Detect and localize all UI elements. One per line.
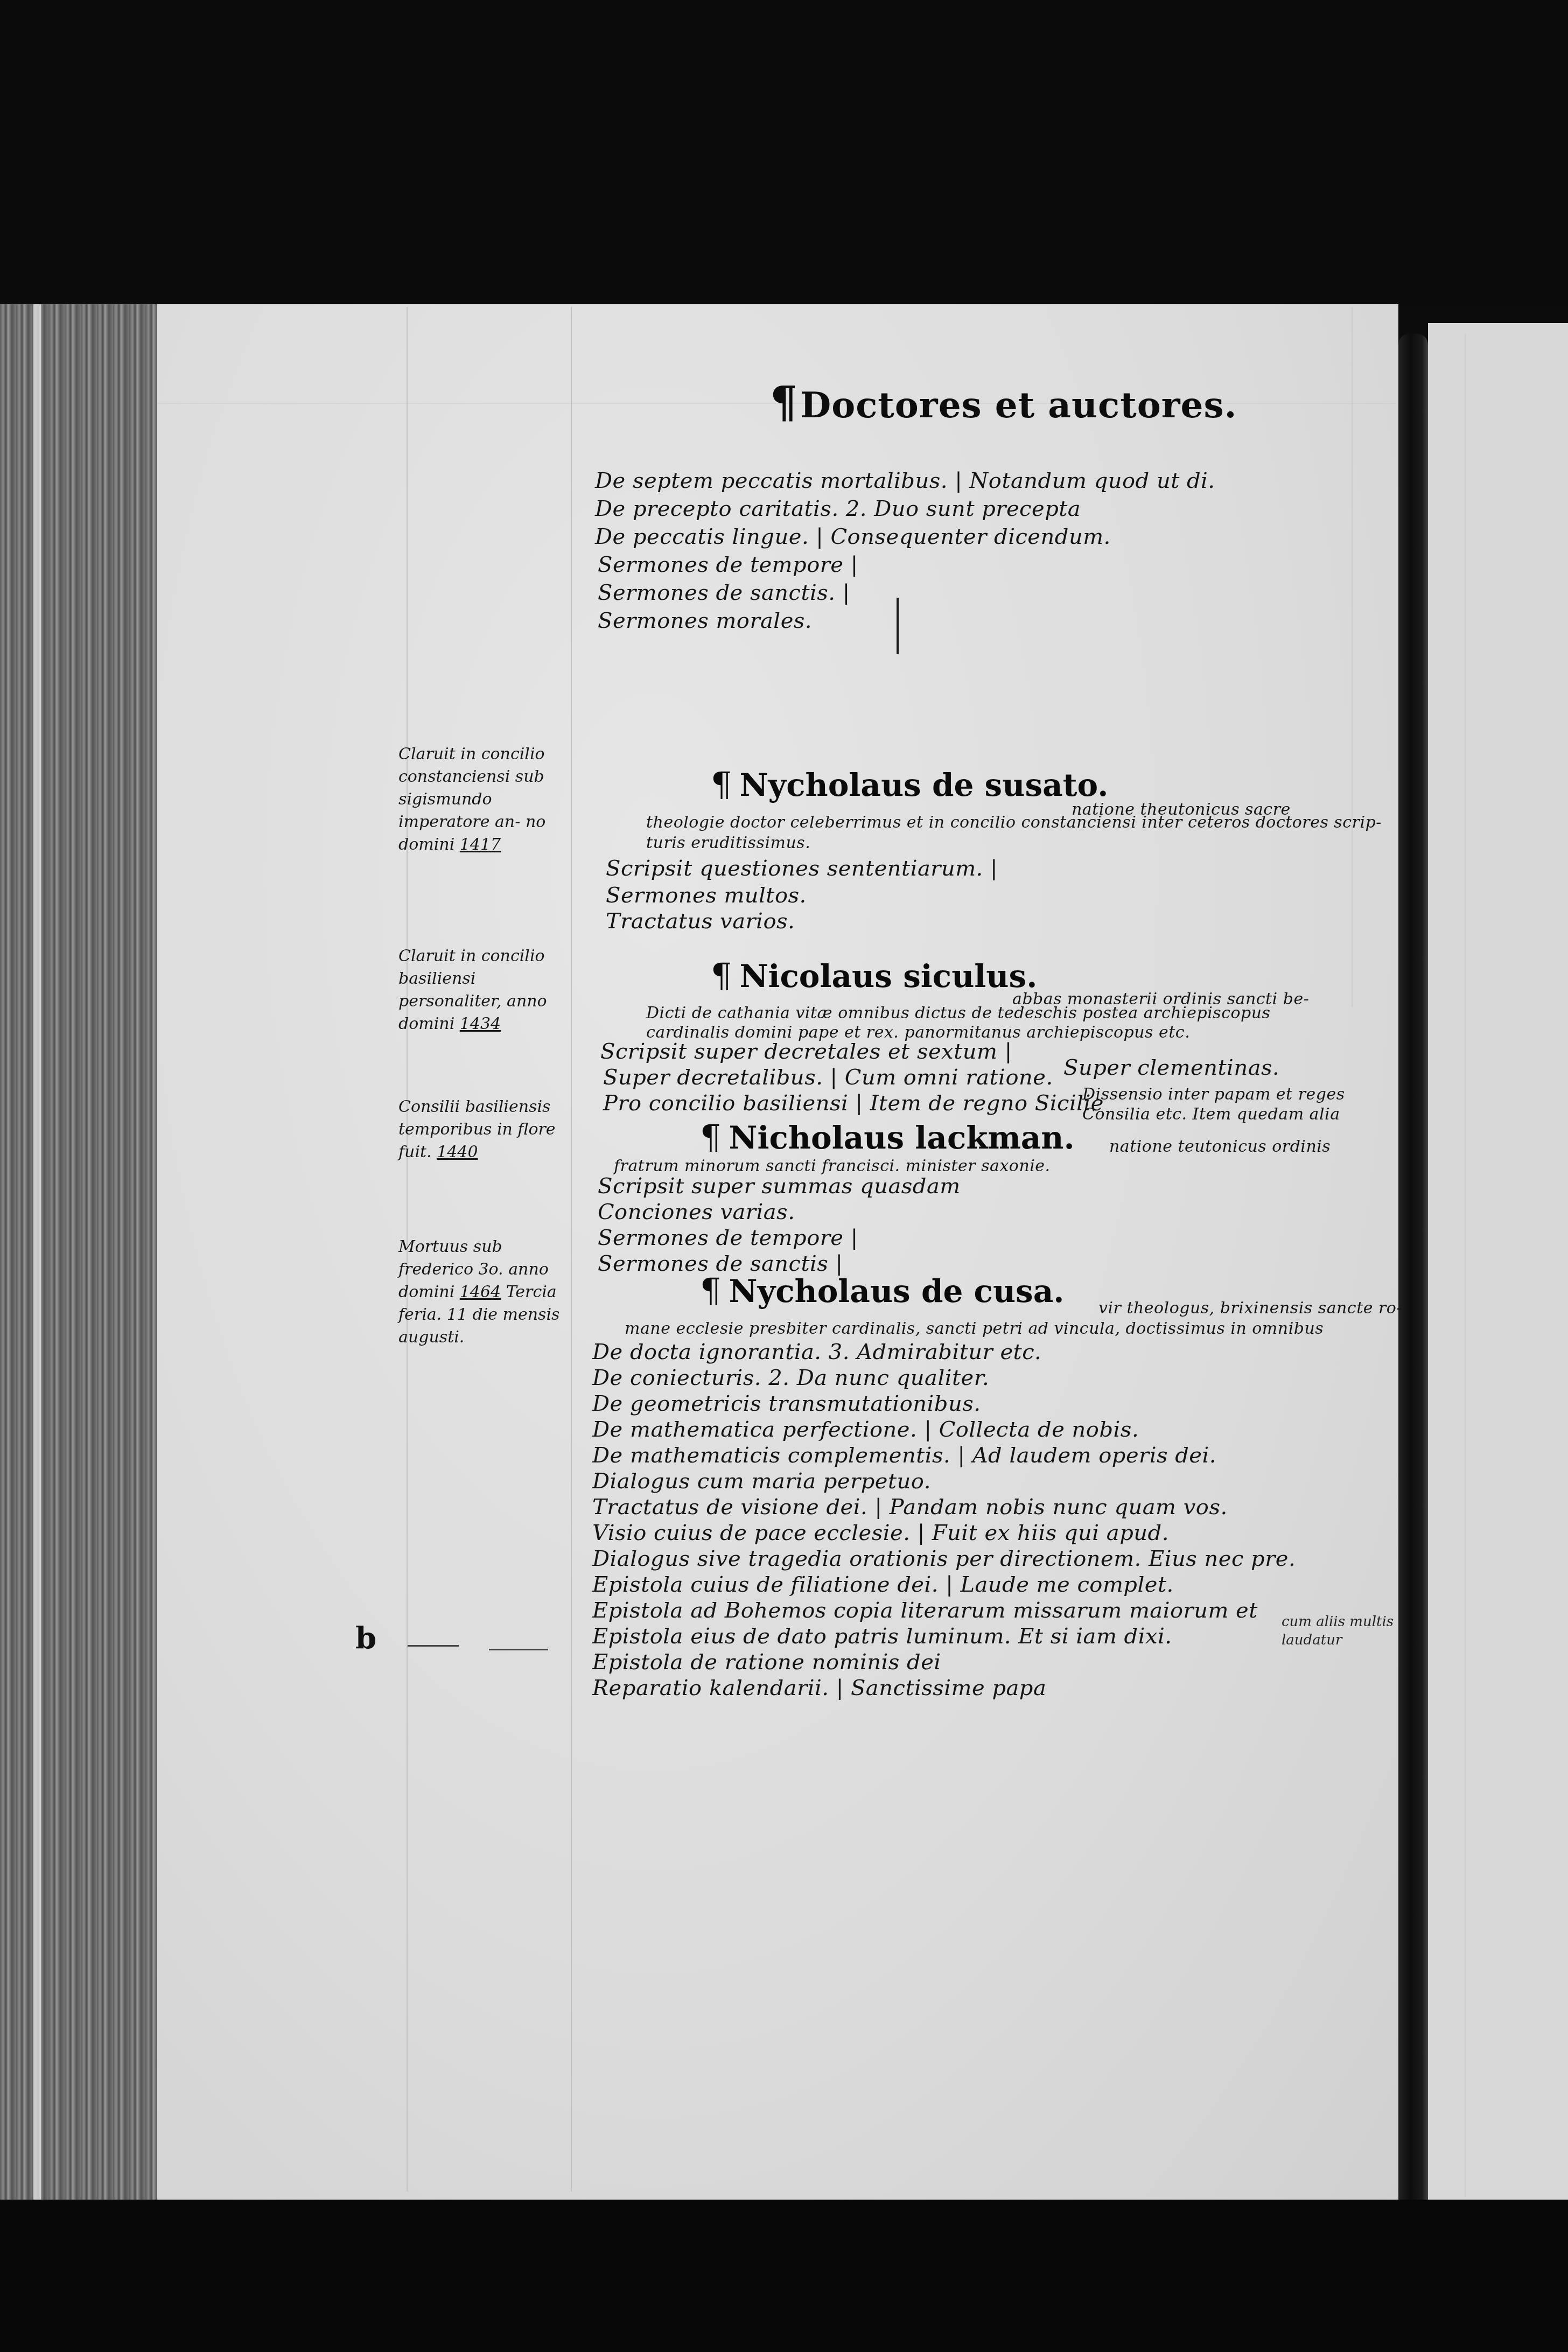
work-line: Epistola de ratione nominis dei	[592, 1650, 941, 1675]
work-line: Pro concilio basiliensi | Item de regno …	[603, 1091, 1104, 1116]
margin-note: Consilii basiliensis temporibus in flore…	[398, 1096, 576, 1164]
work-line: Epistola ad Bohemos copia literarum miss…	[592, 1598, 1258, 1623]
right-margin-note: cum aliis multis laudatur	[1282, 1613, 1394, 1649]
author-description: turis eruditissimus.	[646, 834, 810, 852]
margin-note-year: 1464	[460, 1283, 501, 1301]
right-margin-note-text: cum aliis multis	[1282, 1613, 1394, 1631]
work-line: Reparatio kalendarii. | Sanctissime papa	[592, 1676, 1046, 1700]
bracket-stroke	[897, 598, 899, 654]
book-page-edges	[0, 304, 157, 2200]
author-description: fratrum minorum sancti francisci. minist…	[614, 1157, 1051, 1175]
margin-dash	[408, 1645, 459, 1647]
margin-note-year: 1434	[460, 1014, 501, 1033]
work-line: De mathematicis complementis. | Ad laude…	[592, 1443, 1216, 1468]
paragraph-mark-icon: ¶	[700, 1271, 721, 1310]
work-line: Visio cuius de pace ecclesie. | Fuit ex …	[592, 1521, 1169, 1545]
work-line: Sermones multos.	[606, 883, 807, 908]
work-line: Consilia etc. Item quedam alia	[1082, 1105, 1340, 1124]
entry-line: De peccatis lingue. | Consequenter dicen…	[595, 524, 1111, 549]
margin-letter: b	[355, 1621, 376, 1656]
paragraph-mark-icon: ¶	[711, 765, 732, 804]
margin-note-text: Claruit in concilio constanciensi sub si…	[398, 745, 545, 831]
work-line: De mathematica perfectione. | Collecta d…	[592, 1417, 1139, 1442]
author-description: theologie doctor celeberrimus et in conc…	[646, 813, 1382, 832]
author-name: ¶Nicholaus lackman.	[700, 1117, 1075, 1157]
margin-note-year: 1440	[437, 1143, 478, 1161]
author-description: vir theologus, brixinensis sancte ro-	[1098, 1299, 1402, 1318]
work-line: Scripsit questiones sententiarum. |	[606, 856, 998, 881]
work-line: Dissensio inter papam et reges	[1082, 1085, 1345, 1104]
page-heading: ¶Doctores et auctores.	[770, 377, 1237, 428]
margin-dash	[489, 1649, 548, 1650]
entry-line: De precepto caritatis. 2. Duo sunt prece…	[595, 496, 1081, 521]
work-line: Super clementinas.	[1063, 1055, 1279, 1080]
paragraph-mark-icon: ¶	[700, 1117, 721, 1157]
work-line: Tractatus de visione dei. | Pandam nobis…	[592, 1495, 1228, 1520]
entry-line: Sermones de sanctis. |	[598, 580, 850, 605]
work-line: De coniecturis. 2. Da nunc qualiter.	[592, 1366, 989, 1390]
right-margin-note-text: laudatur	[1282, 1631, 1394, 1649]
page-edge-highlight	[33, 304, 41, 2200]
paragraph-mark-icon: ¶	[770, 377, 798, 428]
work-line: Scripsit super summas quasdam	[598, 1174, 961, 1199]
work-line: Epistola cuius de filiatione dei. | Laud…	[592, 1572, 1174, 1597]
author-name: ¶Nycholaus de cusa.	[700, 1271, 1065, 1310]
author-name-text: Nycholaus de susato.	[739, 767, 1108, 803]
top-dark-band	[0, 0, 1568, 307]
work-line: Tractatus varios.	[606, 909, 795, 934]
work-line: Super decretalibus. | Cum omni ratione.	[603, 1065, 1053, 1090]
work-line: Scripsit super decretales et sextum |	[600, 1039, 1012, 1064]
author-name: ¶Nicolaus siculus.	[711, 956, 1037, 995]
author-description: Dicti de cathania vitæ omnibus dictus de…	[646, 1004, 1270, 1023]
page-heading-text: Doctores et auctores.	[800, 384, 1237, 426]
bottom-dark-band	[0, 2200, 1568, 2352]
margin-note-year: 1417	[460, 835, 501, 854]
margin-note: Mortuus sub frederico 3o. anno domini 14…	[398, 1236, 576, 1349]
author-name-text: Nycholaus de cusa.	[729, 1273, 1064, 1310]
work-line: Epistola eius de dato patris luminum. Et…	[592, 1624, 1172, 1649]
ruling-line-right	[1352, 307, 1353, 1007]
entry-line: Sermones de tempore |	[598, 552, 858, 577]
book-gutter	[1398, 334, 1428, 2202]
author-description: natione teutonicus ordinis	[1109, 1137, 1331, 1156]
facing-page-ruling	[1465, 334, 1466, 2197]
author-name-text: Nicolaus siculus.	[739, 958, 1037, 995]
work-line: Conciones varias.	[598, 1200, 795, 1224]
paragraph-mark-icon: ¶	[711, 956, 732, 995]
work-line: Dialogus sive tragedia orationis per dir…	[592, 1546, 1296, 1571]
margin-note: Claruit in concilio basiliensi personali…	[398, 945, 576, 1035]
entry-line: Sermones morales.	[598, 608, 812, 633]
work-line: Sermones de tempore |	[598, 1226, 858, 1250]
margin-note: Claruit in concilio constanciensi sub si…	[398, 743, 576, 856]
work-line: Dialogus cum maria perpetuo.	[592, 1469, 931, 1494]
author-description: mane ecclesie presbiter cardinalis, sanc…	[625, 1319, 1325, 1338]
work-line: De docta ignorantia. 3. Admirabitur etc.	[592, 1340, 1041, 1364]
facing-page-sliver	[1428, 323, 1568, 2200]
entry-line: De septem peccatis mortalibus. | Notandu…	[595, 468, 1215, 493]
work-line: De geometricis transmutationibus.	[592, 1391, 981, 1416]
author-name-text: Nicholaus lackman.	[729, 1119, 1074, 1156]
author-name: ¶Nycholaus de susato.	[711, 765, 1108, 804]
